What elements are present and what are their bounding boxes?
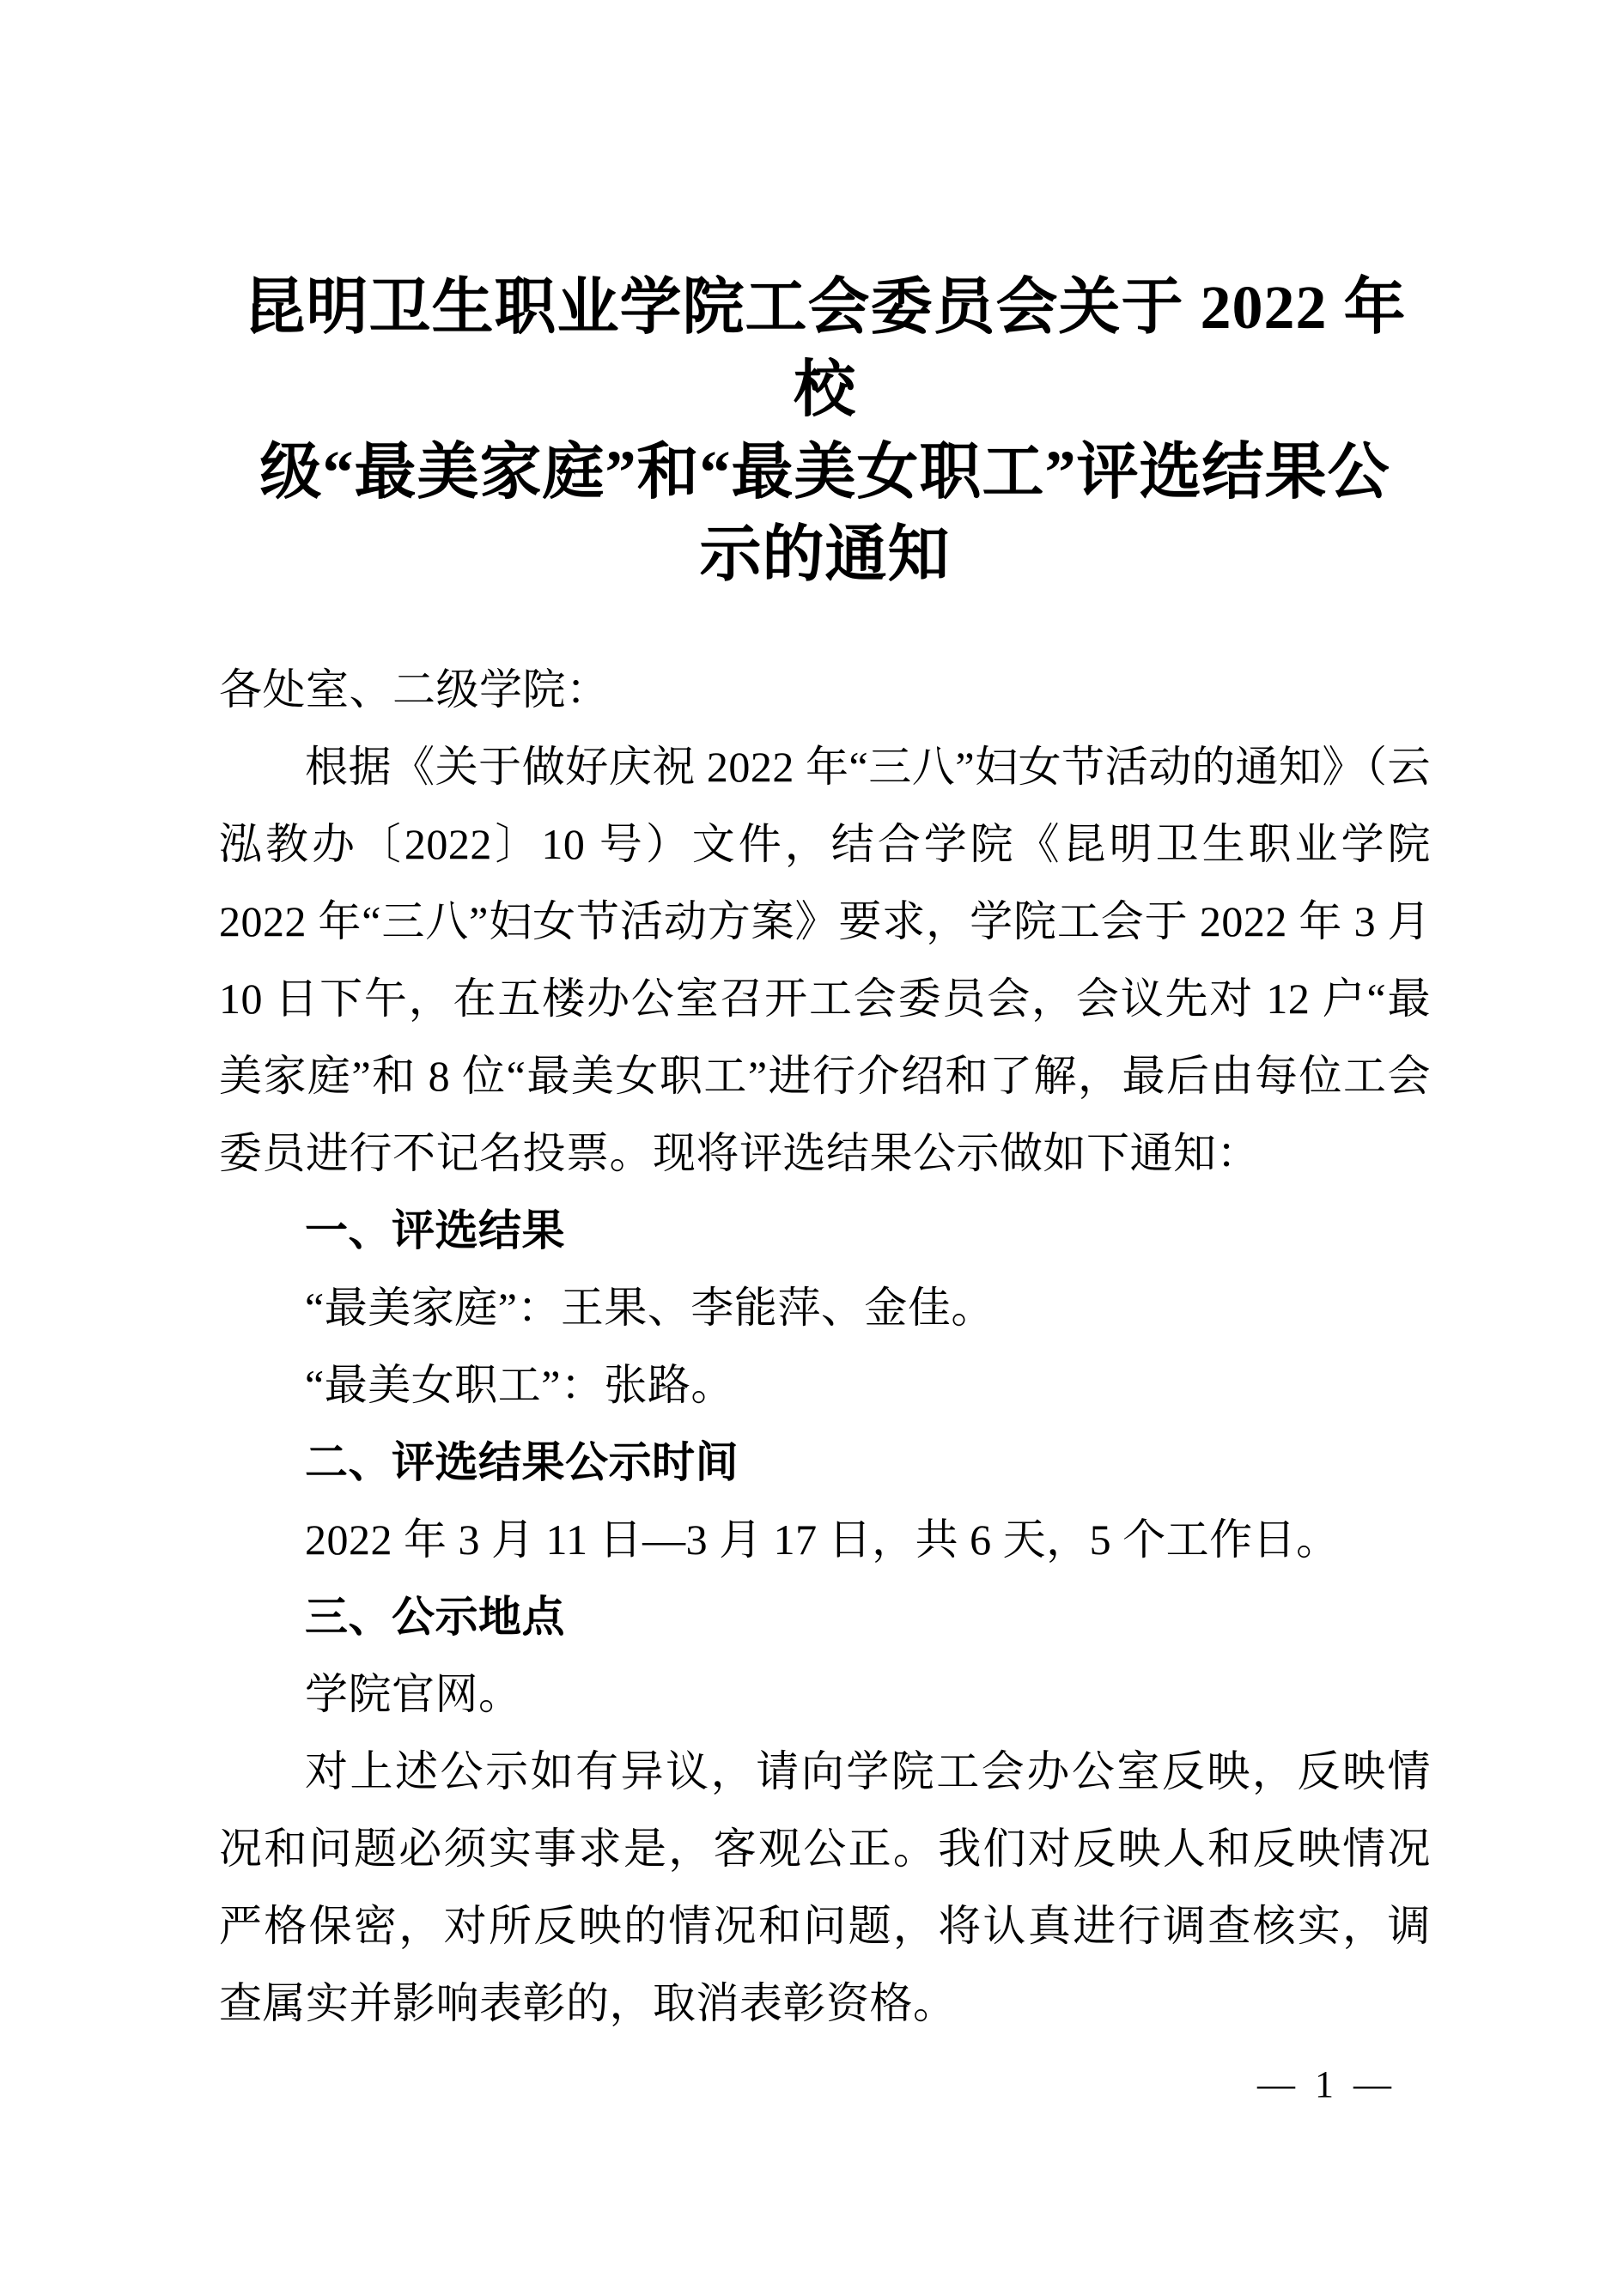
- title-line-2: 级“最美家庭”和“最美女职工”评选结果公: [219, 431, 1431, 513]
- title-line-3: 示的通知: [219, 513, 1431, 596]
- section2-time: 2022 年 3 月 11 日—3 月 17 日，共 6 天，5 个工作日。: [219, 1501, 1431, 1578]
- title-line-1: 昆明卫生职业学院工会委员会关于 2022 年校: [219, 266, 1431, 431]
- paragraph-closing: 对上述公示如有异议，请向学院工会办公室反映，反映情况和问题必须实事求是，客观公正…: [219, 1733, 1431, 2042]
- salutation: 各处室、二级学院：: [219, 651, 1431, 728]
- section3-heading: 三、公示地点: [219, 1578, 1431, 1655]
- document-page: 昆明卫生职业学院工会委员会关于 2022 年校 级“最美家庭”和“最美女职工”评…: [0, 0, 1624, 2296]
- section3-location: 学院官网。: [219, 1655, 1431, 1733]
- page-number: — 1 —: [1257, 2066, 1396, 2104]
- section1-family-result: “最美家庭”：王果、李能萍、金佳。: [219, 1269, 1431, 1346]
- document-body: 各处室、二级学院： 根据《关于做好庆祝 2022 年“三八”妇女节活动的通知》（…: [219, 651, 1431, 2042]
- paragraph-intro: 根据《关于做好庆祝 2022 年“三八”妇女节活动的通知》（云泓教办〔2022〕…: [219, 728, 1431, 1192]
- document-content: 昆明卫生职业学院工会委员会关于 2022 年校 级“最美家庭”和“最美女职工”评…: [0, 0, 1624, 2042]
- section1-heading: 一、评选结果: [219, 1192, 1431, 1269]
- section1-worker-result: “最美女职工”：张路。: [219, 1346, 1431, 1424]
- document-title: 昆明卫生职业学院工会委员会关于 2022 年校 级“最美家庭”和“最美女职工”评…: [219, 266, 1431, 596]
- section2-heading: 二、评选结果公示时间: [219, 1424, 1431, 1501]
